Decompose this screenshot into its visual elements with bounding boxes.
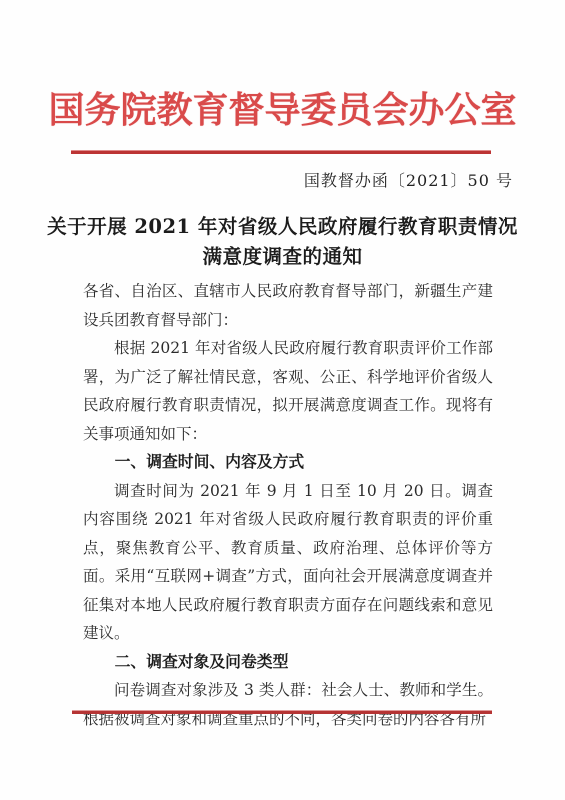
document-number: 国教督办函〔2021〕50 号 [0, 170, 565, 192]
salutation: 各省、自治区、直辖市人民政府教育督导部门，新疆生产建设兵团教育督导部门： [83, 277, 493, 334]
section-heading-1: 一、调查时间、内容及方式 [83, 448, 493, 477]
intro-paragraph: 根据 2021 年对省级人民政府履行教育职责评价工作部署，为广泛了解社情民意，客… [83, 334, 493, 448]
document-body: 各省、自治区、直辖市人民政府教育督导部门，新疆生产建设兵团教育督导部门： 根据 … [83, 277, 493, 733]
document-page: 国务院教育督导委员会办公室 国教督办函〔2021〕50 号 关于开展 2021 … [0, 0, 565, 800]
letterhead-divider [71, 150, 491, 154]
section-1-paragraph: 调查时间为 2021 年 9 月 1 日至 10 月 20 日。调查内容围绕 2… [83, 477, 493, 648]
document-title-line1: 关于开展 2021 年对省级人民政府履行教育职责情况 [0, 212, 565, 242]
document-title-line2: 满意度调查的通知 [0, 242, 565, 272]
document-title: 关于开展 2021 年对省级人民政府履行教育职责情况 满意度调查的通知 [0, 212, 565, 271]
section-2-paragraph: 问卷调查对象涉及 3 类人群：社会人士、教师和学生。根据被调查对象和调查重点的不… [83, 676, 493, 733]
letterhead-title: 国务院教育督导委员会办公室 [0, 90, 565, 130]
section-heading-2: 二、调查对象及问卷类型 [83, 648, 493, 677]
footer-divider [72, 710, 492, 714]
